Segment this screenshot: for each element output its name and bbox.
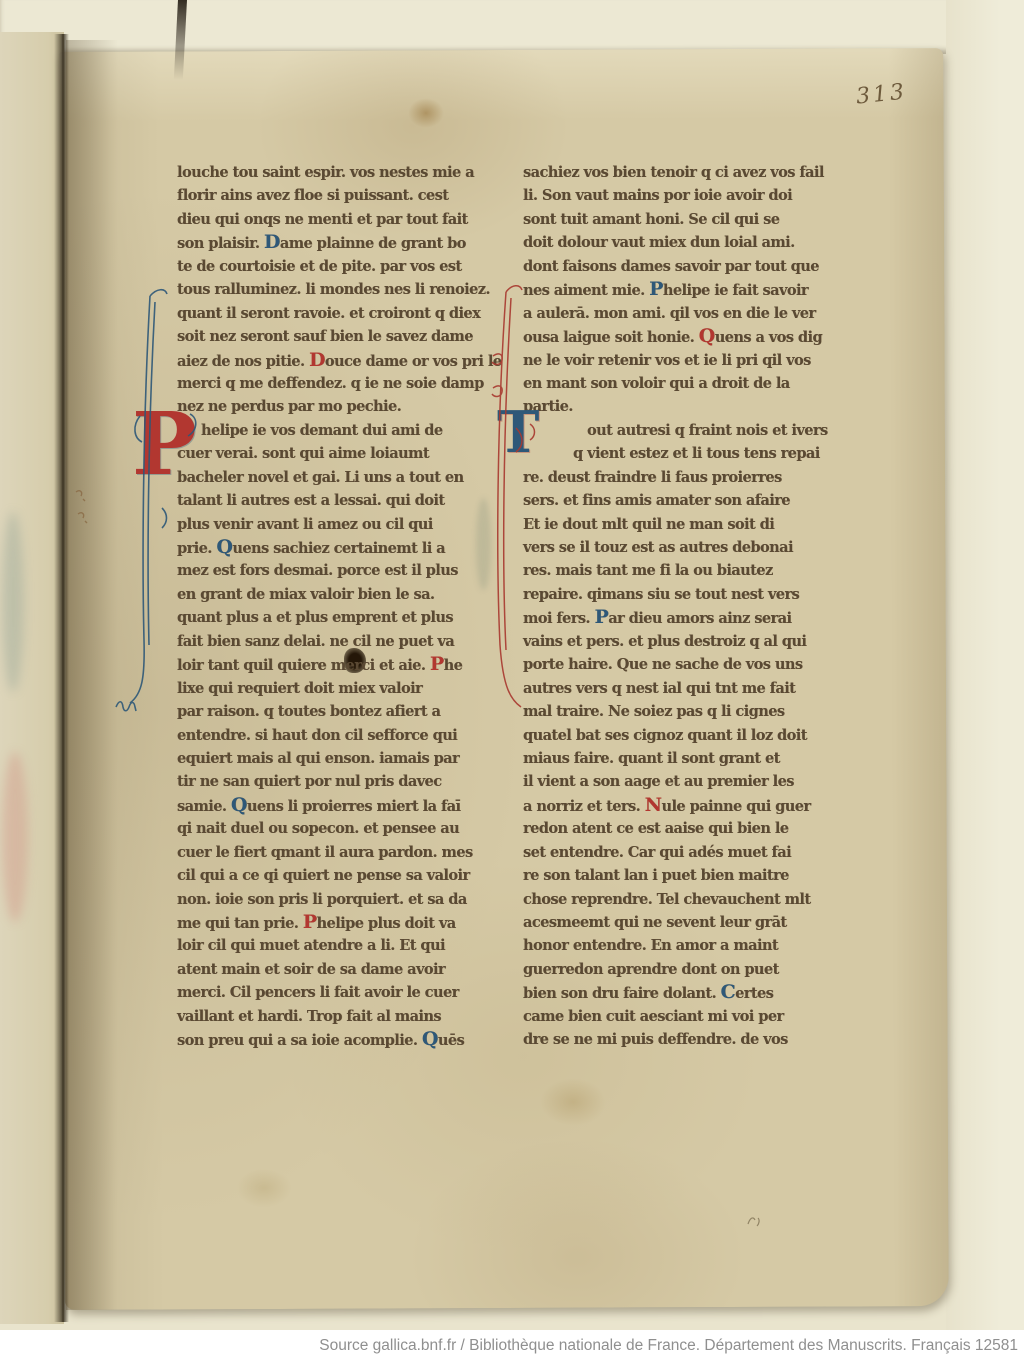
line-text: tous ralluminez. li mondes nes li renoie… [177, 281, 490, 298]
line-text: vains et pers. et plus destroiz q al qui [523, 633, 806, 650]
manuscript-line: dre se ne mi puis deffendre. de vos [523, 1028, 835, 1051]
manuscript-line: acesmeemt qui ne sevent leur grāt [523, 911, 835, 934]
manuscript-line: lixe qui requiert doit miex valoir [177, 677, 489, 700]
line-text: loir cil qui muet atendre a li. Et qui [177, 937, 445, 954]
manuscript-line: a aulerā. mon ami. qil vos en die le ver [523, 302, 835, 325]
line-text: uens sachiez certainemt li a [232, 540, 445, 557]
line-text: ousa laigue soit honie. [523, 329, 699, 346]
line-text: redon atent ce est aaise qui bien le [523, 820, 788, 837]
line-text: helipe ie fait savoir [663, 282, 808, 299]
manuscript-line: entendre. si haut don cil sefforce qui [177, 724, 489, 747]
page-right-edge [946, 0, 1024, 1330]
line-text: plus venir avant li amez ou cil qui [177, 516, 433, 533]
manuscript-line: non. ioie son pris li porquiert. et sa d… [177, 888, 489, 911]
inline-initial: P [594, 606, 608, 628]
manuscript-line: guerredon aprendre dont on puet [523, 958, 835, 981]
manuscript-line: re son talant lan i puet bien maitre [523, 864, 835, 887]
line-text: uēs [438, 1032, 464, 1049]
manuscript-photo: 313 louche tou saint espir. vos nestes m… [0, 0, 1024, 1361]
line-text: par raison. q toutes bontez afiert a [177, 703, 440, 720]
manuscript-line: honor entendre. En amor a maint [523, 934, 835, 957]
parchment-stain [540, 1078, 606, 1126]
folio-number: 313 [855, 79, 908, 109]
line-text: uens a vos dig [715, 329, 822, 346]
manuscript-line: ousa laigue soit honie. Quens a vos dig [523, 325, 835, 348]
line-text: dre se ne mi puis deffendre. de vos [523, 1031, 788, 1048]
line-text: re son talant lan i puet bien maitre [523, 867, 789, 884]
line-text: prie. [177, 540, 216, 557]
inline-initial: C [721, 981, 736, 1003]
manuscript-line: son plaisir. Dame plainne de grant bo [177, 231, 489, 254]
line-text: came bien cuit aesciant mi voi per [523, 1008, 784, 1025]
line-text: louche tou saint espir. vos nestes mie a [177, 164, 474, 181]
line-text: a norriz et ters. [523, 798, 645, 815]
caption-bar: Source gallica.bnf.fr / Bibliothèque nat… [0, 1330, 1024, 1361]
line-text: merci. Cil pencers li fait avoir le cuer [177, 984, 459, 1001]
line-text: q vient estez et li tous tens repai [573, 445, 820, 462]
manuscript-line: te de courtoisie et de pite. par vos est [177, 255, 489, 278]
manuscript-line: talant li autres est a lessai. qui doit [177, 489, 489, 512]
manuscript-line: quatel bat ses cignoz quant il loz doit [523, 724, 835, 747]
manuscript-line: out autresi q fraint nois et ivers [523, 419, 835, 442]
manuscript-column-right: sachiez vos bien tenoir q ci avez vos fa… [523, 161, 835, 1052]
manuscript-line: son preu qui a sa ioie acomplie. Quēs [177, 1028, 489, 1051]
line-text: Et ie dout mlt quil ne man soit di [523, 516, 774, 533]
parchment-stain [236, 1168, 292, 1208]
line-text: res. mais tant me fi la ou biautez [523, 562, 773, 579]
line-text: entendre. si haut don cil sefforce qui [177, 727, 457, 744]
manuscript-line: vaillant et hardi. Trop fait al mains [177, 1005, 489, 1028]
manuscript-column-left: louche tou saint espir. vos nestes mie a… [177, 161, 489, 1052]
line-text: helipe ie vos demant dui ami de [201, 422, 443, 439]
manuscript-line: plus venir avant li amez ou cil qui [177, 513, 489, 536]
line-text: il vient a son aage et au premier les [523, 773, 794, 790]
line-text: samie. [177, 798, 231, 815]
line-text: soit nez seront sauf bien le savez dame [177, 328, 473, 345]
caption-text: Source gallica.bnf.fr / Bibliothèque nat… [319, 1337, 1024, 1355]
line-text: acesmeemt qui ne sevent leur grāt [523, 914, 787, 931]
manuscript-line: mez est fors desmai. porce est il plus [177, 559, 489, 582]
line-text: chose reprendre. Tel chevauchent mlt [523, 891, 811, 908]
line-text: set entendre. Car qui adés muet fai [523, 844, 791, 861]
line-text: repaire. qimans siu se tout nest vers [523, 586, 799, 603]
line-text: uens li proierres miert la faī [247, 798, 461, 815]
line-text: ertes [735, 985, 773, 1002]
line-text: li. Son vaut mains por ioie avoir doi [523, 187, 792, 204]
manuscript-line: vers se il touz est as autres debonai [523, 536, 835, 559]
line-text: mez est fors desmai. porce est il plus [177, 562, 458, 579]
line-text: me qui tan prie. [177, 915, 303, 932]
manuscript-line: mal traire. Ne soiez pas q li cignes [523, 700, 835, 723]
manuscript-line: tir ne san quiert por nul pris davec [177, 770, 489, 793]
manuscript-line: par raison. q toutes bontez afiert a [177, 700, 489, 723]
manuscript-line: vains et pers. et plus destroiz q al qui [523, 630, 835, 653]
inline-initial: Q [216, 536, 232, 558]
line-text: atent main et soir de sa dame avoir [177, 961, 445, 978]
line-text: fait bien sanz delai. ne cil ne puet va [177, 633, 454, 650]
manuscript-line: samie. Quens li proierres miert la faī [177, 794, 489, 817]
line-text: loir tant quil quiere merci et aie. [177, 657, 430, 674]
line-text: ule painne qui guer [661, 798, 810, 815]
line-text: dieu qui onqs ne menti et par tout fait [177, 211, 468, 228]
inline-initial: P [303, 911, 317, 933]
manuscript-line: sachiez vos bien tenoir q ci avez vos fa… [523, 161, 835, 184]
manuscript-line: cil qui a ce qi quiert ne pense sa valoi… [177, 864, 489, 887]
manuscript-line: prie. Quens sachiez certainemt li a [177, 536, 489, 559]
line-text: a aulerā. mon ami. qil vos en die le ver [523, 305, 816, 322]
line-text: guerredon aprendre dont on puet [523, 961, 779, 978]
manuscript-line: sers. et fins amis amater son afaire [523, 489, 835, 512]
manuscript-line: loir cil qui muet atendre a li. Et qui [177, 934, 489, 957]
line-text: vaillant et hardi. Trop fait al mains [177, 1008, 441, 1025]
manuscript-line: bien son dru faire dolant. Certes [523, 981, 835, 1004]
line-text: moi fers. [523, 610, 594, 627]
manuscript-line: dieu qui onqs ne menti et par tout fait [177, 208, 489, 231]
manuscript-line: cuer le fiert qmant il aura pardon. mes [177, 841, 489, 864]
line-text: porte haire. Que ne sache de vos uns [523, 656, 802, 673]
manuscript-line: nes aiment mie. Phelipe ie fait savoir [523, 278, 835, 301]
inline-initial: D [309, 349, 325, 371]
line-text: dont faisons dames savoir par tout que [523, 258, 819, 275]
line-text: sers. et fins amis amater son afaire [523, 492, 790, 509]
line-text: son preu qui a sa ioie acomplie. [177, 1032, 422, 1049]
line-text: equiert mais al qui enson. iamais par [177, 750, 459, 767]
manuscript-line: atent main et soir de sa dame avoir [177, 958, 489, 981]
line-text: autres vers q nest ial qui tnt me fait [523, 680, 795, 697]
line-text: cuer le fiert qmant il aura pardon. mes [177, 844, 473, 861]
line-text: sachiez vos bien tenoir q ci avez vos fa… [523, 164, 824, 181]
manuscript-line: miaus faire. quant il sont grant et [523, 747, 835, 770]
inline-initial: D [264, 231, 280, 253]
manuscript-line: ne le voir retenir vos et ie li pri qil … [523, 349, 835, 372]
manuscript-line: il vient a son aage et au premier les [523, 770, 835, 793]
manuscript-line: florir ains avez floe si puissant. cest [177, 184, 489, 207]
manuscript-line: moi fers. Par dieu amors ainz serai [523, 606, 835, 629]
manuscript-line: porte haire. Que ne sache de vos uns [523, 653, 835, 676]
manuscript-line: equiert mais al qui enson. iamais par [177, 747, 489, 770]
manuscript-line: set entendre. Car qui adés muet fai [523, 841, 835, 864]
line-text: doit dolour vaut miex dun loial ami. [523, 234, 795, 251]
line-text: lixe qui requiert doit miex valoir [177, 680, 422, 697]
manuscript-line: soit nez seront sauf bien le savez dame [177, 325, 489, 348]
manuscript-line: helipe ie vos demant dui ami de [177, 419, 489, 442]
manuscript-line: nez ne perdus par mo pechie. [177, 395, 489, 418]
manuscript-line: li. Son vaut mains por ioie avoir doi [523, 184, 835, 207]
manuscript-line: Et ie dout mlt quil ne man soit di [523, 513, 835, 536]
manuscript-line: re. deust fraindre li faus proierres [523, 466, 835, 489]
manuscript-line: redon atent ce est aaise qui bien le [523, 817, 835, 840]
line-text: bacheler novel et gai. Li uns a tout en [177, 469, 464, 486]
manuscript-line: loir tant quil quiere merci et aie. Phe [177, 653, 489, 676]
line-text: bien son dru faire dolant. [523, 985, 721, 1002]
line-text: ne le voir retenir vos et ie li pri qil … [523, 352, 811, 369]
manuscript-line: qi nait duel ou sopecon. et pensee au [177, 817, 489, 840]
line-text: sont tuit amant honi. Se cil qui se [523, 211, 779, 228]
line-text: te de courtoisie et de pite. par vos est [177, 258, 462, 275]
inline-initial: P [430, 653, 444, 675]
manuscript-line: a norriz et ters. Nule painne qui guer [523, 794, 835, 817]
manuscript-line: came bien cuit aesciant mi voi per [523, 1005, 835, 1028]
manuscript-line: bacheler novel et gai. Li uns a tout en [177, 466, 489, 489]
line-text: tir ne san quiert por nul pris davec [177, 773, 442, 790]
line-text: he [444, 657, 463, 674]
bleedthrough-blue [2, 512, 24, 692]
line-text: ame plainne de grant bo [280, 235, 466, 252]
line-text: en grant de miax valoir bien le sa. [177, 586, 434, 603]
line-text: miaus faire. quant il sont grant et [523, 750, 780, 767]
inline-initial: Q [699, 325, 715, 347]
manuscript-line: en mant son voloir qui a droit de la [523, 372, 835, 395]
line-text: honor entendre. En amor a maint [523, 937, 778, 954]
line-text: vers se il touz est as autres debonai [523, 539, 793, 556]
line-text: quant il seront ravoie. et croiront q di… [177, 305, 480, 322]
line-text: mal traire. Ne soiez pas q li cignes [523, 703, 784, 720]
inline-initial: Q [231, 794, 247, 816]
manuscript-line: en grant de miax valoir bien le sa. [177, 583, 489, 606]
line-text: merci q me deffendez. q ie ne soie damp [177, 375, 484, 392]
manuscript-line: me qui tan prie. Phelipe plus doit va [177, 911, 489, 934]
line-text: aiez de nos pitie. [177, 353, 309, 370]
line-text: quatel bat ses cignoz quant il loz doit [523, 727, 807, 744]
line-text: ar dieu amors ainz serai [608, 610, 791, 627]
manuscript-line: chose reprendre. Tel chevauchent mlt [523, 888, 835, 911]
manuscript-line: repaire. qimans siu se tout nest vers [523, 583, 835, 606]
manuscript-line: louche tou saint espir. vos nestes mie a [177, 161, 489, 184]
line-text: non. ioie son pris li porquiert. et sa d… [177, 891, 467, 908]
page-top-edge [0, 0, 1024, 54]
bleedthrough-pink [2, 752, 28, 922]
manuscript-line: tous ralluminez. li mondes nes li renoie… [177, 278, 489, 301]
manuscript-line: quant plus a et plus emprent et plus [177, 606, 489, 629]
manuscript-line: dont faisons dames savoir par tout que [523, 255, 835, 278]
line-text: re. deust fraindre li faus proierres [523, 469, 782, 486]
inline-initial: N [645, 794, 662, 816]
line-text: cil qui a ce qi quiert ne pense sa valoi… [177, 867, 470, 884]
manuscript-line: res. mais tant me fi la ou biautez [523, 559, 835, 582]
line-text: en mant son voloir qui a droit de la [523, 375, 790, 392]
manuscript-line: merci q me deffendez. q ie ne soie damp [177, 372, 489, 395]
gutter-shadow [66, 40, 118, 1310]
manuscript-line: autres vers q nest ial qui tnt me fait [523, 677, 835, 700]
line-text: quant plus a et plus emprent et plus [177, 609, 453, 626]
line-text: florir ains avez floe si puissant. cest [177, 187, 448, 204]
inline-initial: P [649, 278, 663, 300]
line-text: nez ne perdus par mo pechie. [177, 398, 401, 415]
inline-initial: Q [422, 1028, 438, 1050]
manuscript-line: fait bien sanz delai. ne cil ne puet va [177, 630, 489, 653]
line-text: qi nait duel ou sopecon. et pensee au [177, 820, 459, 837]
manuscript-line: aiez de nos pitie. Douce dame or vos pri… [177, 349, 489, 372]
manuscript-line: q vient estez et li tous tens repai [523, 442, 835, 465]
line-text: nes aiment mie. [523, 282, 649, 299]
line-text: ouce dame or vos pri le [325, 353, 502, 370]
line-text: son plaisir. [177, 235, 264, 252]
line-text: helipe plus doit va [317, 915, 456, 932]
line-text: out autresi q fraint nois et ivers [587, 422, 828, 439]
manuscript-line: partie. [523, 395, 835, 418]
manuscript-line: sont tuit amant honi. Se cil qui se [523, 208, 835, 231]
decorated-initial-t: T [497, 404, 539, 461]
parchment-stain [408, 98, 444, 128]
line-text: talant li autres est a lessai. qui doit [177, 492, 445, 509]
decorated-initial-p: P [132, 402, 197, 488]
manuscript-line: cuer verai. sont qui aime loiaumt [177, 442, 489, 465]
manuscript-line: doit dolour vaut miex dun loial ami. [523, 231, 835, 254]
line-text: cuer verai. sont qui aime loiaumt [177, 445, 429, 462]
manuscript-line: merci. Cil pencers li fait avoir le cuer [177, 981, 489, 1004]
manuscript-line: quant il seront ravoie. et croiront q di… [177, 302, 489, 325]
